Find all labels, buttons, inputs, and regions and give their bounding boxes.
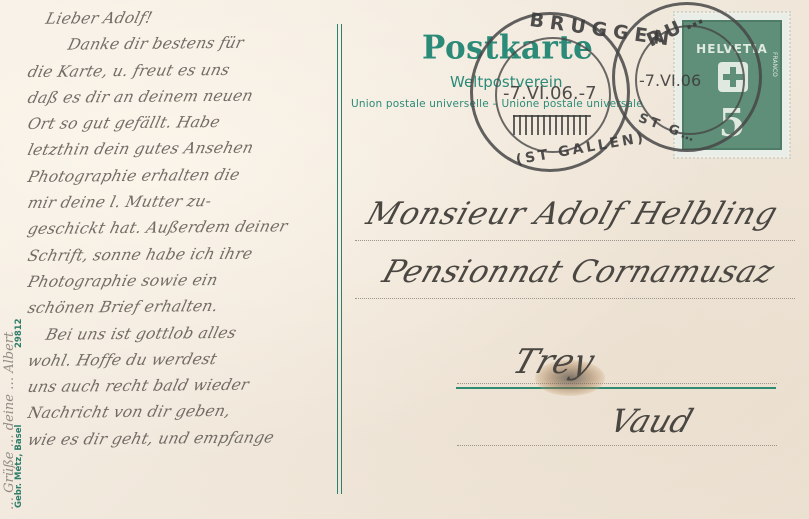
message-line: wie es dir geht, und empfange [25, 424, 337, 453]
address-rule-2 [355, 298, 795, 299]
recipient-name: Monsieur Adolf Helbling [362, 196, 783, 232]
message-line: geschickt hat. Außerdem deiner [25, 213, 337, 242]
stamp-side-text: FRANCO [771, 52, 778, 77]
message-line: uns auch recht bald wieder [25, 371, 337, 400]
handwritten-message: Lieber Adolf! Danke dir bestens für die … [28, 6, 333, 516]
message-line: daß es dir an deinem neuen [25, 82, 337, 111]
message-line: Lieber Adolf! [25, 3, 337, 32]
postmark-bruggen: BRUGGEN -7.VI.06.-7 (ST GALLEN) [470, 12, 630, 172]
postmark-second: RU… -7.VI.06 ST G… [612, 2, 762, 152]
message-line: mir deine l. Mutter zu- [25, 187, 337, 216]
message-line: Bei uns ist gottlob alles [25, 318, 337, 347]
postcard: … Grüße … deine … Albert Gebr. Metz, Bas… [0, 0, 809, 519]
recipient-canton: Vaud [605, 402, 698, 440]
address-rule-4 [457, 445, 777, 446]
message-line: Nachricht von dir geben, [25, 397, 337, 426]
address-rule-3-green [456, 387, 776, 389]
postmark-date: -7.VI.06 [639, 71, 701, 90]
postmark-date: -7.VI.06.-7 [503, 83, 597, 104]
message-line: letzthin dein gutes Ansehen [25, 134, 337, 163]
message-line: Photographie sowie ein [25, 266, 337, 295]
center-divider [337, 24, 342, 494]
message-line: Schrift, sonne habe ich ihre [25, 239, 337, 268]
postmark-bars [513, 115, 591, 135]
message-line: Ort so gut gefällt. Habe [25, 108, 337, 137]
address-rule-1 [355, 240, 795, 241]
message-line: Photographie erhalten die [25, 161, 337, 190]
message-line: schönen Brief erhalten. [25, 292, 337, 321]
message-line: die Karte, u. freut es uns [25, 55, 337, 84]
publisher-name: Gebr. Metz, Basel [14, 425, 28, 508]
message-line: Danke dir bestens für [25, 29, 337, 58]
recipient-town: Trey [508, 342, 599, 382]
recipient-institution: Pensionnat Cornamusaz [378, 254, 779, 290]
message-line: wohl. Hoffe du werdest [25, 345, 337, 374]
address-rule-3-dotted [457, 383, 777, 384]
